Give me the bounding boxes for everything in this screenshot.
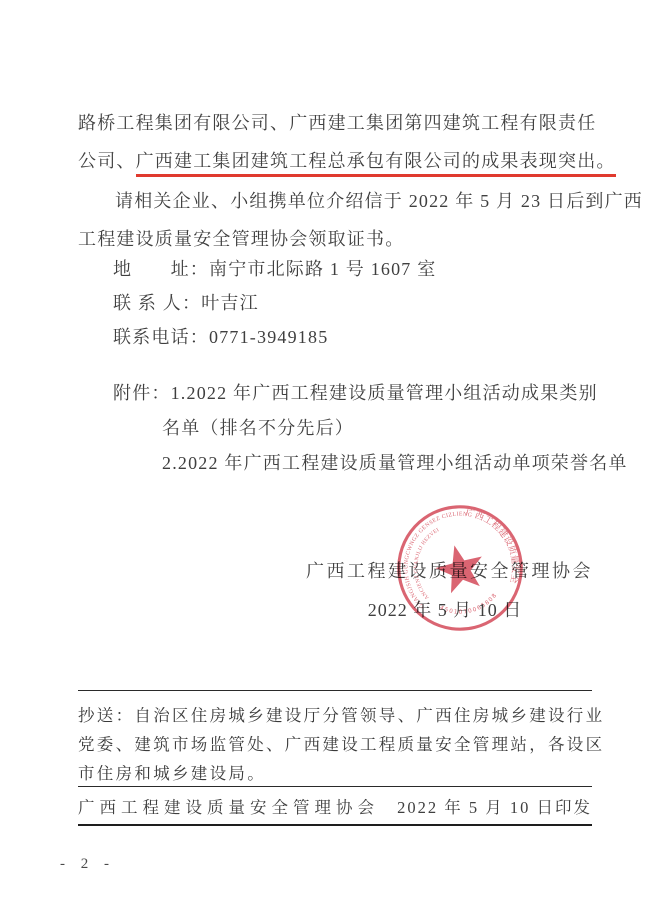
footer-issuer: 广西工程建设质量安全管理协会 [78, 794, 379, 818]
cc-line-2: 党委、建筑市场监管处、广西建设工程质量安全管理站，各设区 [78, 731, 604, 755]
official-seal-graphic: GVANGJSIH GUNGCWNGZ GENSEZ CIZLIENG 广西工程… [378, 486, 543, 651]
cc-line-1: 抄送：自治区住房城乡建设厅分管领导、广西住房城乡建设行业 [78, 702, 604, 726]
body-paragraph-1-line-1: 路桥工程集团有限公司、广西建工集团第四建筑工程有限责任 [78, 112, 598, 134]
attachment-2: 2.2022 年广西工程建设质量管理小组活动单项荣誉名单 [162, 452, 650, 474]
body-paragraph-2-line-2: 工程建设质量安全管理协会领取证书。 [78, 228, 598, 250]
contact-phone-value: 0771-3949185 [209, 327, 328, 347]
red-underlined-text: 广西建工集团建筑工程总承包有限公司的成果表现突出。 [136, 151, 616, 177]
attachment-1-line-1: 1.2022 年广西工程建设质量管理小组活动成果类别 [171, 383, 598, 403]
official-seal: GVANGJSIH GUNGCWNGZ GENSEZ CIZLIENG 广西工程… [378, 486, 543, 651]
seal-star-icon [431, 540, 489, 596]
contact-address-label: 地 址： [113, 259, 209, 279]
svg-text:4501070065808: 4501070065808 [438, 591, 502, 622]
contact-address-value: 南宁市北际路 1 号 1607 室 [209, 259, 436, 279]
contact-person-label: 联 系 人： [113, 293, 201, 313]
footer-print-date: 2022 年 5 月 10 日印发 [397, 794, 592, 818]
body-paragraph-1-line-2-prefix: 公司、 [78, 151, 136, 171]
attachments-label: 附件： [113, 383, 171, 403]
footer-divider-bottom [78, 824, 592, 826]
contact-address-row: 地 址：南宁市北际路 1 号 1607 室 [113, 258, 633, 280]
footer-divider-middle [78, 786, 592, 787]
footer-divider-top [78, 690, 592, 691]
body-paragraph-2-line-1: 请相关企业、小组携单位介绍信于 2022 年 5 月 23 日后到广西 [78, 190, 635, 212]
contact-phone-row: 联系电话：0771-3949185 [113, 326, 633, 348]
seal-number-text: 4501070065808 [438, 591, 502, 622]
page-number: - 2 - [60, 856, 115, 873]
body-paragraph-1-line-2: 公司、广西建工集团建筑工程总承包有限公司的成果表现突出。 [78, 150, 598, 172]
contact-person-row: 联 系 人：叶吉江 [113, 292, 633, 314]
contact-person-value: 叶吉江 [201, 293, 259, 313]
attachments-row-1: 附件：1.2022 年广西工程建设质量管理小组活动成果类别 [113, 382, 633, 404]
document-page: 路桥工程集团有限公司、广西建工集团第四建筑工程有限责任 公司、广西建工集团建筑工… [0, 0, 650, 919]
attachment-1-line-2: 名单（排名不分先后） [162, 417, 650, 439]
cc-line-3: 市住房和城乡建设局。 [78, 760, 266, 784]
contact-phone-label: 联系电话： [113, 327, 209, 347]
